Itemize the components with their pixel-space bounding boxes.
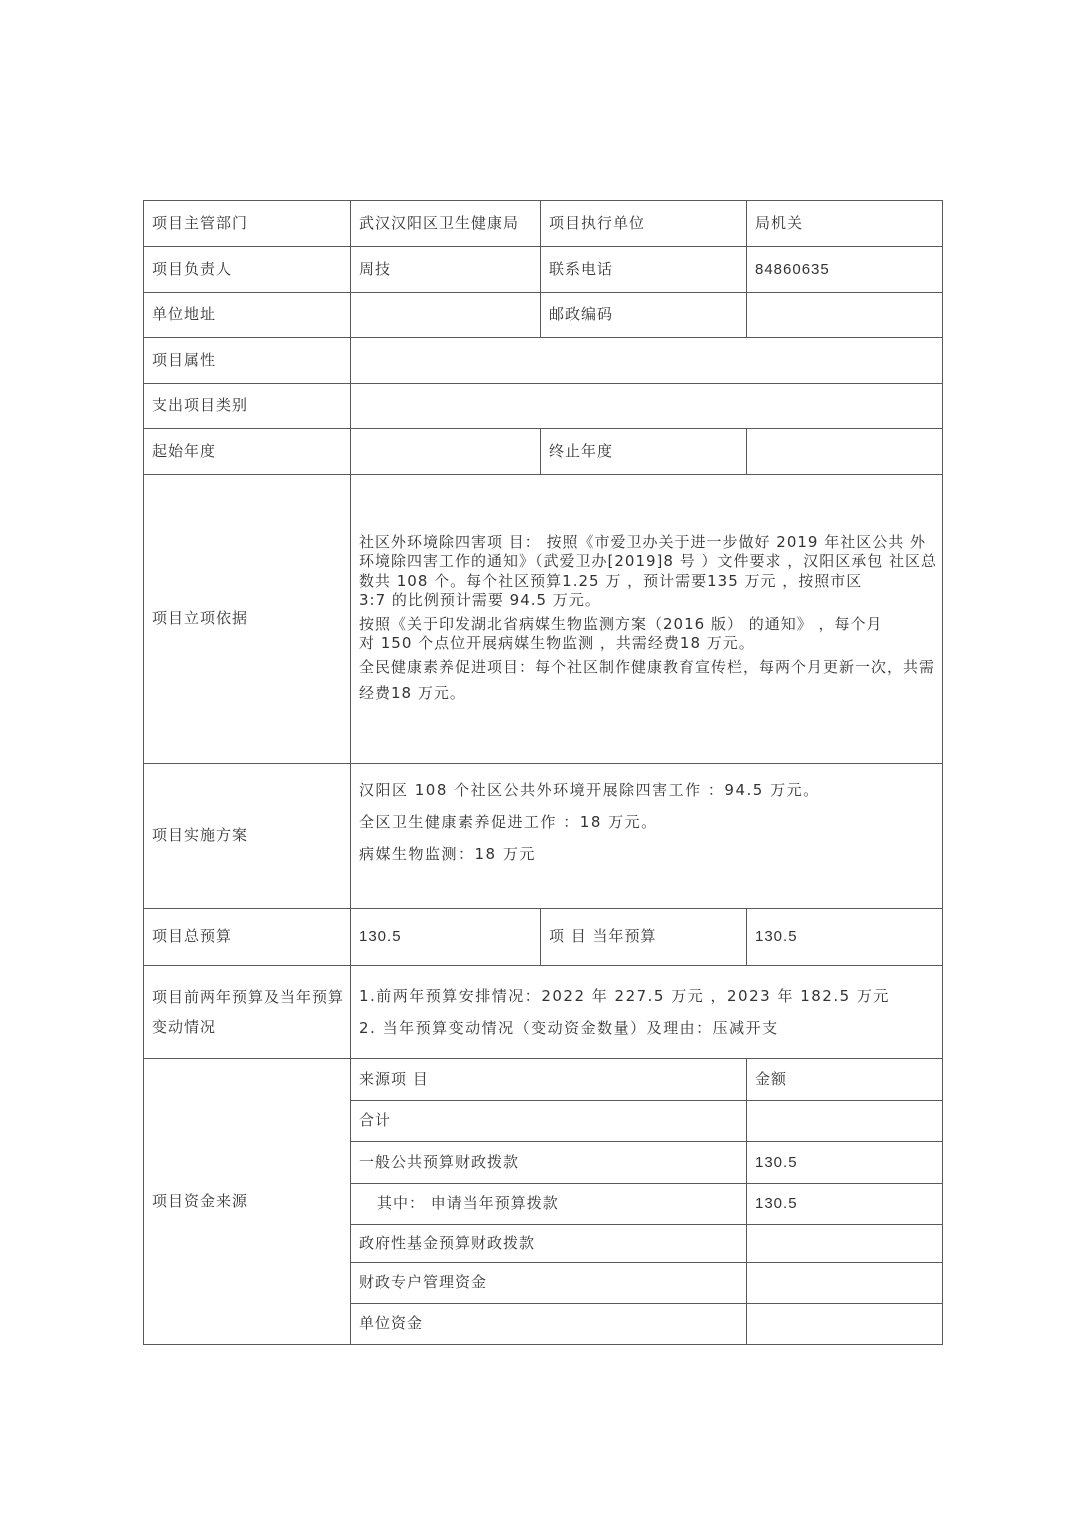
value-project-basis: 社区外环境除四害项 目： 按照《市爱卫办关于进一步做好 2019 年社区公共 外…: [351, 475, 943, 764]
funding-source: 一般公共预算财政拨款: [351, 1142, 747, 1184]
value-start-year: [351, 429, 541, 475]
label-implementation-plan: 项目实施方案: [144, 764, 351, 909]
basis-paragraph: 对 150 个点位开展病媒生物监测 ，共需经费18 万元。: [359, 634, 938, 654]
basis-paragraph: 全民健康素养促进项目：每个社区制作健康教育宣传栏，每两个月更新一次，共需经费18…: [359, 654, 938, 706]
value-implementation-plan: 汉阳区 108 个社区公共外环境开展除四害工作 ：94.5 万元。 全区卫生健康…: [351, 764, 943, 909]
label-funding-source: 项目资金来源: [144, 1059, 351, 1345]
value-budget-history: 1.前两年预算安排情况：2022 年 227.5 万元 ，2023 年 182.…: [351, 966, 943, 1059]
plan-line: 汉阳区 108 个社区公共外环境开展除四害工作 ：94.5 万元。: [359, 774, 942, 806]
value-address: [351, 293, 541, 338]
value-project-leader: 周技: [351, 247, 541, 293]
table-row: 项目立项依据 社区外环境除四害项 目： 按照《市爱卫办关于进一步做好 2019 …: [144, 475, 943, 764]
value-supervising-dept: 武汉汉阳区卫生健康局: [351, 201, 541, 247]
label-project-leader: 项目负责人: [144, 247, 351, 293]
funding-amount: [747, 1101, 943, 1142]
funding-header-amount: 金额: [747, 1059, 943, 1101]
funding-source: 单位资金: [351, 1304, 747, 1345]
funding-source: 政府性基金预算财政拨款: [351, 1225, 747, 1263]
label-project-basis: 项目立项依据: [144, 475, 351, 764]
basis-paragraph: 3:7 的比例预计需要 94.5 万元。: [359, 591, 938, 611]
label-project-attribute: 项目属性: [144, 338, 351, 384]
funding-amount: 130.5: [747, 1142, 943, 1184]
label-postcode: 邮政编码: [541, 293, 747, 338]
label-phone: 联系电话: [541, 247, 747, 293]
label-executing-unit: 项目执行单位: [541, 201, 747, 247]
funding-header-source: 来源项 目: [351, 1059, 747, 1101]
value-current-year-budget: 130.5: [747, 909, 943, 966]
value-end-year: [747, 429, 943, 475]
basis-paragraph: 社区外环境除四害项 目： 按照《市爱卫办关于进一步做好 2019 年社区公共 外…: [359, 533, 938, 592]
table-row: 支出项目类别: [144, 384, 943, 429]
plan-line: 全区卫生健康素养促进工作 ：18 万元。: [359, 806, 942, 838]
label-start-year: 起始年度: [144, 429, 351, 475]
label-total-budget: 项目总预算: [144, 909, 351, 966]
funding-amount: [747, 1225, 943, 1263]
label-budget-history: 项目前两年预算及当年预算变动情况: [144, 966, 351, 1059]
funding-amount: [747, 1263, 943, 1304]
plan-line: 病媒生物监测：18 万元: [359, 838, 942, 870]
history-line: 1.前两年预算安排情况：2022 年 227.5 万元 ，2023 年 182.…: [359, 980, 942, 1012]
value-expense-category: [351, 384, 943, 429]
label-address: 单位地址: [144, 293, 351, 338]
label-current-year-budget: 项 目 当年预算: [541, 909, 747, 966]
label-end-year: 终止年度: [541, 429, 747, 475]
history-line: 2. 当年预算变动情况（变动资金数量）及理由：压减开支: [359, 1012, 942, 1044]
value-phone: 84860635: [747, 247, 943, 293]
document-page: 项目主管部门 武汉汉阳区卫生健康局 项目执行单位 局机关 项目负责人 周技 联系…: [0, 0, 1074, 1520]
funding-header-row: 项目资金来源 来源项 目 金额: [144, 1059, 943, 1101]
table-row: 项目主管部门 武汉汉阳区卫生健康局 项目执行单位 局机关: [144, 201, 943, 247]
funding-amount: [747, 1304, 943, 1345]
value-executing-unit: 局机关: [747, 201, 943, 247]
funding-source: 合计: [351, 1101, 747, 1142]
funding-source: 财政专户管理资金: [351, 1263, 747, 1304]
table-row: 项目负责人 周技 联系电话 84860635: [144, 247, 943, 293]
table-row: 起始年度 终止年度: [144, 429, 943, 475]
funding-amount: 130.5: [747, 1184, 943, 1225]
value-total-budget: 130.5: [351, 909, 541, 966]
label-expense-category: 支出项目类别: [144, 384, 351, 429]
project-info-table: 项目主管部门 武汉汉阳区卫生健康局 项目执行单位 局机关 项目负责人 周技 联系…: [143, 200, 943, 1345]
table-row: 项目总预算 130.5 项 目 当年预算 130.5: [144, 909, 943, 966]
table-row: 项目实施方案 汉阳区 108 个社区公共外环境开展除四害工作 ：94.5 万元。…: [144, 764, 943, 909]
table-row: 项目前两年预算及当年预算变动情况 1.前两年预算安排情况：2022 年 227.…: [144, 966, 943, 1059]
value-postcode: [747, 293, 943, 338]
funding-source: 其中： 申请当年预算拨款: [351, 1184, 747, 1225]
table-row: 单位地址 邮政编码: [144, 293, 943, 338]
label-supervising-dept: 项目主管部门: [144, 201, 351, 247]
value-project-attribute: [351, 338, 943, 384]
basis-paragraph: 按照《关于印发湖北省病媒生物监测方案（2016 版） 的通知》 ，每个月: [359, 615, 938, 635]
table-row: 项目属性: [144, 338, 943, 384]
